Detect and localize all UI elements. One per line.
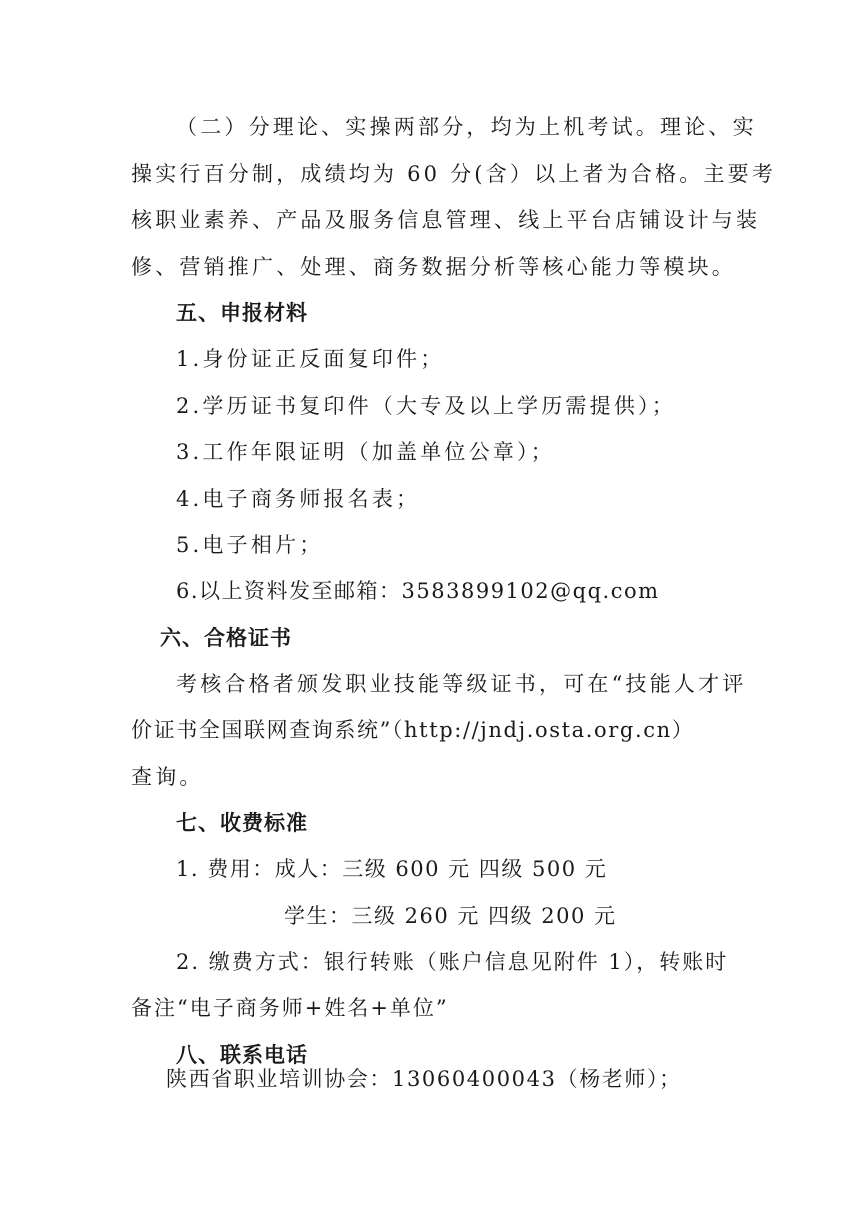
fee-line-adult: 1. 费用：成人：三级 600 元 四级 500 元: [176, 854, 607, 884]
section-heading-fees: 七、收费标准: [176, 808, 308, 838]
paragraph-line: 操实行百分制，成绩均为 60 分(含）以上者为合格。主要考: [131, 159, 776, 189]
paragraph-line: 考核合格者颁发职业技能等级证书，可在“技能人才评: [176, 669, 747, 699]
payment-line: 2. 缴费方式：银行转账（账户信息见附件 1），转账时: [176, 947, 728, 977]
paragraph-line: 核职业素养、产品及服务信息管理、线上平台店铺设计与装: [131, 205, 760, 235]
paragraph-line: 价证书全国联网查询系统”（http://jndj.osta.org.cn）: [131, 715, 694, 745]
section-heading-materials: 五、申报材料: [176, 298, 308, 328]
paragraph-line: 查询。: [131, 762, 204, 792]
email-line: 6.以上资料发至邮箱：3583899102@qq.com: [176, 576, 660, 606]
contact-line: 陕西省职业培训协会：13060400043（杨老师）；: [166, 1064, 682, 1094]
fee-line-student: 学生：三级 260 元 四级 200 元: [284, 901, 617, 931]
list-item: 5.电子相片；: [176, 530, 323, 560]
list-item: 3.工作年限证明（加盖单位公章）；: [176, 437, 555, 467]
paragraph-line: 修、营销推广、处理、商务数据分析等核心能力等模块。: [131, 252, 736, 282]
list-item: 2.学历证书复印件（大专及以上学历需提供）；: [176, 391, 676, 421]
list-item: 4.电子商务师报名表；: [176, 484, 420, 514]
list-item: 1.身份证正反面复印件；: [176, 344, 444, 374]
paragraph-line: （二）分理论、实操两部分，均为上机考试。理论、实: [176, 112, 757, 142]
payment-note-line: 备注“电子商务师+姓名+单位”: [131, 993, 449, 1023]
section-heading-certificate: 六、合格证书: [160, 623, 292, 653]
